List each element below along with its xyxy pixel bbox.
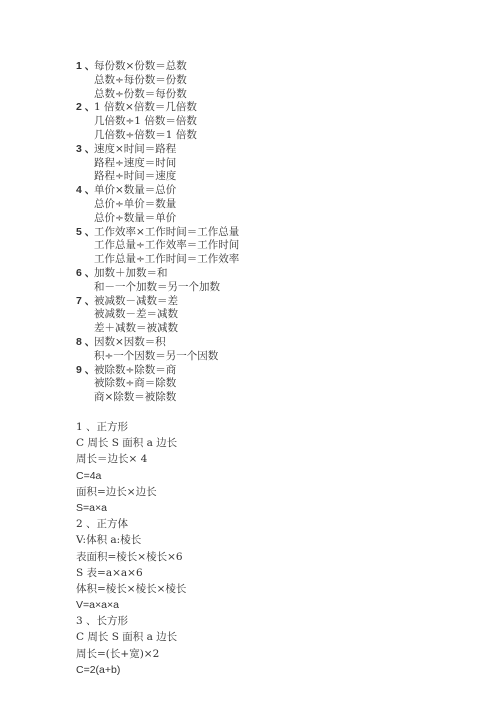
formula-line: 速度×时间＝路程 — [94, 143, 176, 155]
formula-item-8: 8 、因数×因数＝积 积÷一个因数＝另一个因数 — [76, 336, 239, 364]
formula-line: 工作效率×工作时间＝工作总量 — [94, 226, 239, 238]
formula-line: 被减数－减数＝差 — [94, 295, 178, 307]
item-number: 2 、 — [76, 101, 94, 115]
item-number: 9 、 — [76, 364, 94, 378]
shape-line: C 周长 S 面积 a 边长 — [76, 435, 186, 451]
shape-formulas-list: 1 、正方形 C 周长 S 面积 a 边长 周长＝边长× 4 C=4a 面积=边… — [76, 419, 186, 678]
shape-line: 表面积=棱长×棱长×6 — [76, 549, 186, 565]
formula-item-2: 2 、1 倍数×倍数＝几倍数 几倍数÷1 倍数＝倍数 几倍数÷倍数＝1 倍数 — [76, 101, 239, 142]
shape-line: 体积=棱长×棱长×棱长 — [76, 581, 186, 597]
shape-line: S=a×a — [76, 500, 186, 516]
formula-line: 和－一个加数＝另一个加数 — [76, 281, 239, 295]
formula-item-1: 1 、每份数×份数＝总数 总数÷每份数＝份数 总数÷份数＝每份数 — [76, 60, 239, 101]
formula-item-5: 5 、工作效率×工作时间＝工作总量 工作总量÷工作效率＝工作时间 工作总量÷工作… — [76, 226, 239, 267]
item-number: 6 、 — [76, 267, 94, 281]
formula-line: 被除数÷除数＝商 — [94, 364, 176, 376]
formula-line: 总数÷份数＝每份数 — [76, 88, 239, 102]
item-number: 8 、 — [76, 336, 94, 350]
shape-heading-rectangle: 3 、长方形 — [76, 613, 186, 629]
shape-line: V:体积 a:棱长 — [76, 532, 186, 548]
item-number: 3 、 — [76, 143, 94, 157]
shape-line: C=2(a+b) — [76, 662, 186, 678]
formula-line: 单价×数量＝总价 — [94, 184, 176, 196]
formula-line: 因数×因数＝积 — [94, 336, 166, 348]
item-number: 7 、 — [76, 295, 94, 309]
formula-line: 几倍数÷1 倍数＝倍数 — [76, 115, 239, 129]
formula-line: 总价÷数量＝单价 — [76, 212, 239, 226]
formula-line: 总价÷单价＝数量 — [76, 198, 239, 212]
formula-line: 几倍数÷倍数＝1 倍数 — [76, 129, 239, 143]
shape-line: V=a×a×a — [76, 597, 186, 613]
formula-item-9: 9 、被除数÷除数＝商 被除数÷商＝除数 商×除数＝被除数 — [76, 364, 239, 405]
shape-line: 周长＝边长× 4 — [76, 451, 186, 467]
shape-heading-cube: 2 、正方体 — [76, 516, 186, 532]
formula-line: 加数＋加数＝和 — [94, 267, 168, 279]
document-page: 1 、每份数×份数＝总数 总数÷每份数＝份数 总数÷份数＝每份数 2 、1 倍数… — [0, 0, 500, 707]
item-number: 4 、 — [76, 184, 94, 198]
formula-item-6: 6 、加数＋加数＝和 和－一个加数＝另一个加数 — [76, 267, 239, 295]
formula-line: 每份数×份数＝总数 — [94, 60, 187, 72]
formula-line: 工作总量÷工作效率＝工作时间 — [76, 239, 239, 253]
shape-line: 面积=边长×边长 — [76, 484, 186, 500]
shape-line: C 周长 S 面积 a 边长 — [76, 629, 186, 645]
item-number: 1 、 — [76, 60, 94, 74]
formula-line: 差＋减数＝被减数 — [76, 322, 239, 336]
formula-line: 路程÷速度＝时间 — [76, 157, 239, 171]
formula-item-7: 7 、被减数－减数＝差 被减数－差＝减数 差＋减数＝被减数 — [76, 295, 239, 336]
formula-item-3: 3 、速度×时间＝路程 路程÷速度＝时间 路程÷时间＝速度 — [76, 143, 239, 184]
formula-line: 被减数－差＝减数 — [76, 308, 239, 322]
formula-line: 1 倍数×倍数＝几倍数 — [94, 101, 197, 113]
shape-heading-square: 1 、正方形 — [76, 419, 186, 435]
basic-formulas-list: 1 、每份数×份数＝总数 总数÷每份数＝份数 总数÷份数＝每份数 2 、1 倍数… — [76, 60, 239, 405]
formula-line: 工作总量÷工作时间＝工作效率 — [76, 253, 239, 267]
shape-line: S 表=a×a×6 — [76, 565, 186, 581]
shape-line: C=4a — [76, 468, 186, 484]
item-number: 5 、 — [76, 226, 94, 240]
formula-line: 总数÷每份数＝份数 — [76, 74, 239, 88]
formula-line: 积÷一个因数＝另一个因数 — [76, 350, 239, 364]
formula-line: 被除数÷商＝除数 — [76, 377, 239, 391]
formula-line: 路程÷时间＝速度 — [76, 170, 239, 184]
formula-item-4: 4 、单价×数量＝总价 总价÷单价＝数量 总价÷数量＝单价 — [76, 184, 239, 225]
shape-line: 周长=(长+宽)×2 — [76, 646, 186, 662]
formula-line: 商×除数＝被除数 — [76, 391, 239, 405]
